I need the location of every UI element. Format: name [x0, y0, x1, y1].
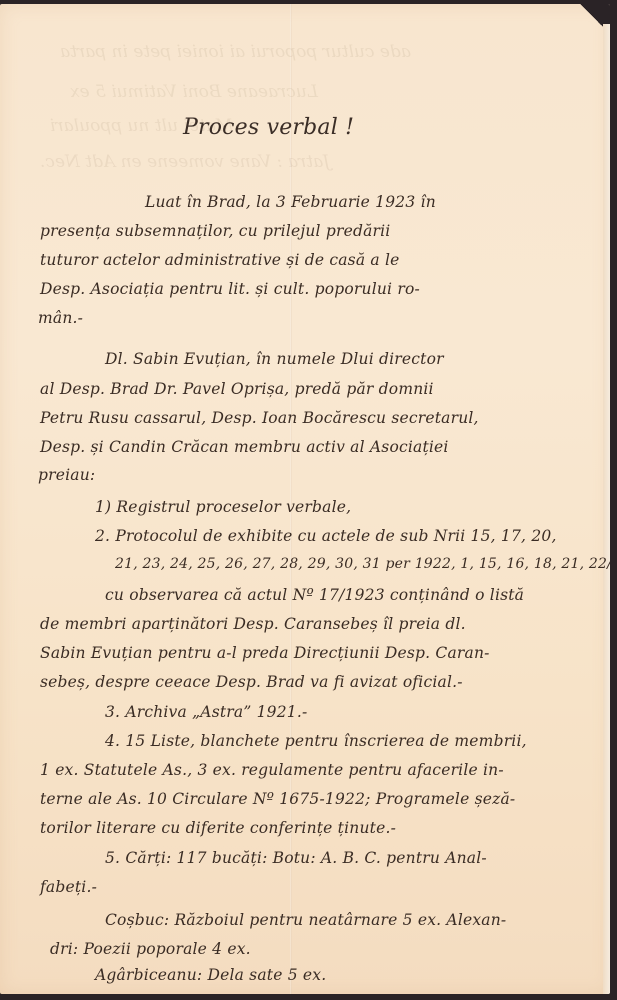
text-line: dri: Poezii poporale 4 ex. — [50, 940, 251, 958]
text-line: 21, 23, 24, 25, 26, 27, 28, 29, 30, 31 p… — [115, 556, 610, 572]
text-line: Desp. și Candin Crăcan membru activ al A… — [40, 438, 449, 456]
text-line: 1 ex. Statutele As., 3 ex. regulamente p… — [40, 761, 504, 779]
text-line: tuturor actelor administrative și de cas… — [40, 251, 400, 269]
text-line: cu observarea că actul Nº 17/1923 conțin… — [105, 586, 524, 604]
text-line: Luat în Brad, la 3 Februarie 1923 în — [145, 193, 436, 211]
text-line: sebeș, despre ceeace Desp. Brad va fi av… — [40, 673, 463, 691]
text-line: presența subsemnaților, cu prilejul pred… — [40, 222, 390, 240]
document-page: ade cultur poporui ai ioniei pete in par… — [0, 4, 610, 994]
text-line: Sabin Evuțian pentru a-l preda Direcțiun… — [40, 644, 490, 662]
text-line: terne ale As. 10 Circulare Nº 1675-1922;… — [40, 790, 515, 808]
text-line: mân.- — [38, 309, 83, 327]
list-item: 4. 15 Liste, blanchete pentru înscrierea… — [105, 732, 527, 750]
document-title: Proces verbal ! — [183, 115, 354, 140]
text-line: de membri aparținători Desp. Caransebeș … — [40, 615, 466, 633]
list-item: 1) Registrul proceselor verbale, — [95, 498, 351, 516]
text-line: Dl. Sabin Evuțian, în numele Dlui direct… — [105, 350, 444, 368]
bleed-through-text: Jatra : Vane vomeene en Adt Nec. — [40, 152, 330, 172]
text-line: Agârbiceanu: Dela sate 5 ex. — [95, 966, 326, 984]
list-item: 2. Protocolul de exhibite cu actele de s… — [95, 527, 557, 545]
page-right-edge — [603, 24, 610, 994]
bleed-through-text: Lucraeane Boni Vatimui 5 ex — [70, 82, 318, 102]
list-item: 5. Cărți: 117 bucăți: Botu: A. B. C. pen… — [105, 849, 487, 867]
text-line: torilor literare cu diferite conferințe … — [40, 819, 396, 837]
text-line: al Desp. Brad Dr. Pavel Oprișa, predă pă… — [40, 380, 434, 398]
bleed-through-text: ade cultur poporui ai ioniei pete in par… — [60, 42, 411, 62]
list-item: 3. Archiva „Astra” 1921.- — [105, 703, 307, 721]
text-line: Desp. Asociația pentru lit. și cult. pop… — [40, 280, 420, 298]
text-line: preiau: — [38, 466, 95, 484]
text-line: fabeți.- — [40, 878, 97, 896]
text-line: Petru Rusu cassarul, Desp. Ioan Bocăresc… — [40, 409, 479, 427]
text-line: Coșbuc: Războiul pentru neatârnare 5 ex.… — [105, 911, 506, 929]
